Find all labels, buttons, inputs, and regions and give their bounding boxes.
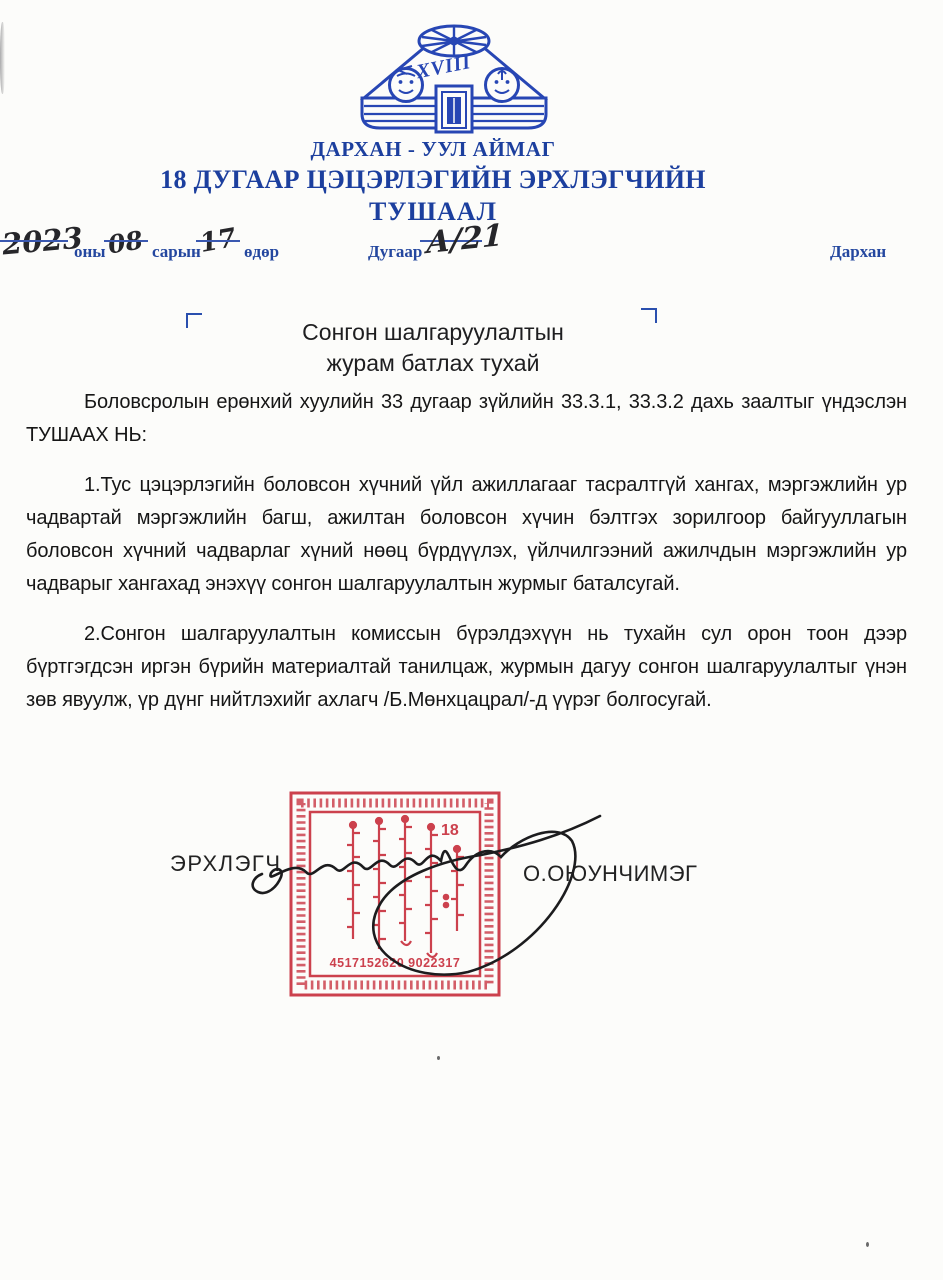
scanned-order-document: XVIII ДАРХАН - УУЛ АЙМАГ 18 ДУГААР ЦЭЦЭР… — [0, 0, 943, 1280]
year-blank-line — [0, 240, 68, 242]
subject-bracket-right — [641, 308, 657, 323]
handwritten-number: А/21 — [426, 218, 504, 261]
letterhead-doc-type: ТУШААЛ — [160, 197, 706, 227]
signer-role-label: ЭРХЛЭГЧ — [170, 851, 282, 877]
number-label: Дугаар — [368, 242, 422, 262]
subject-line1: Сонгон шалгаруулалтын — [302, 317, 564, 348]
day-label: өдөр — [244, 242, 279, 262]
meta-row: 2023 оны 08 сарын 17 өдөр Дугаар А/21 Да… — [0, 226, 943, 306]
subject-bracket-left — [186, 313, 202, 328]
letterhead-organization: 18 ДУГААР ЦЭЦЭРЛЭГИЙН ЭРХЛЭГЧИЙН — [160, 165, 706, 195]
kindergarten-ger-logo: XVIII — [348, 24, 560, 138]
paragraph-preamble: Боловсролын ерөнхий хуулийн 33 дугаар зү… — [26, 386, 907, 452]
paragraph-item-2: 2.Сонгон шалгаруулалтын комиссын бүрэлдэ… — [26, 618, 907, 717]
letterhead-region: ДАРХАН - УУЛ АЙМАГ — [160, 137, 706, 162]
scan-edge-smudge — [0, 22, 5, 94]
document-body: Боловсролын ерөнхий хуулийн 33 дугаар зү… — [26, 386, 907, 717]
scan-speck — [437, 1056, 440, 1060]
scan-speck — [866, 1242, 869, 1247]
paragraph-item-1: 1.Тус цэцэрлэгийн боловсон хүчний үйл аж… — [26, 469, 907, 601]
day-blank-line — [196, 240, 240, 242]
handwritten-month: 08 — [106, 225, 145, 259]
place-label: Дархан — [830, 242, 886, 262]
month-label: сарын — [152, 242, 201, 262]
subject-title: Сонгон шалгаруулалтын журам батлах тухай — [302, 317, 564, 379]
official-red-stamp: 18 4517152620 9022317 — [289, 791, 501, 997]
subject-line2: журам батлах тухай — [302, 348, 564, 379]
month-blank-line — [104, 240, 148, 242]
stamp-serial-number: 4517152620 9022317 — [330, 956, 461, 970]
stamp-kindergarten-number: 18 — [441, 822, 459, 839]
year-label: оны — [74, 242, 106, 262]
letterhead: ДАРХАН - УУЛ АЙМАГ 18 ДУГААР ЦЭЦЭРЛЭГИЙН… — [160, 137, 706, 227]
signer-name: О.ОЮУНЧИМЭГ — [523, 861, 697, 887]
